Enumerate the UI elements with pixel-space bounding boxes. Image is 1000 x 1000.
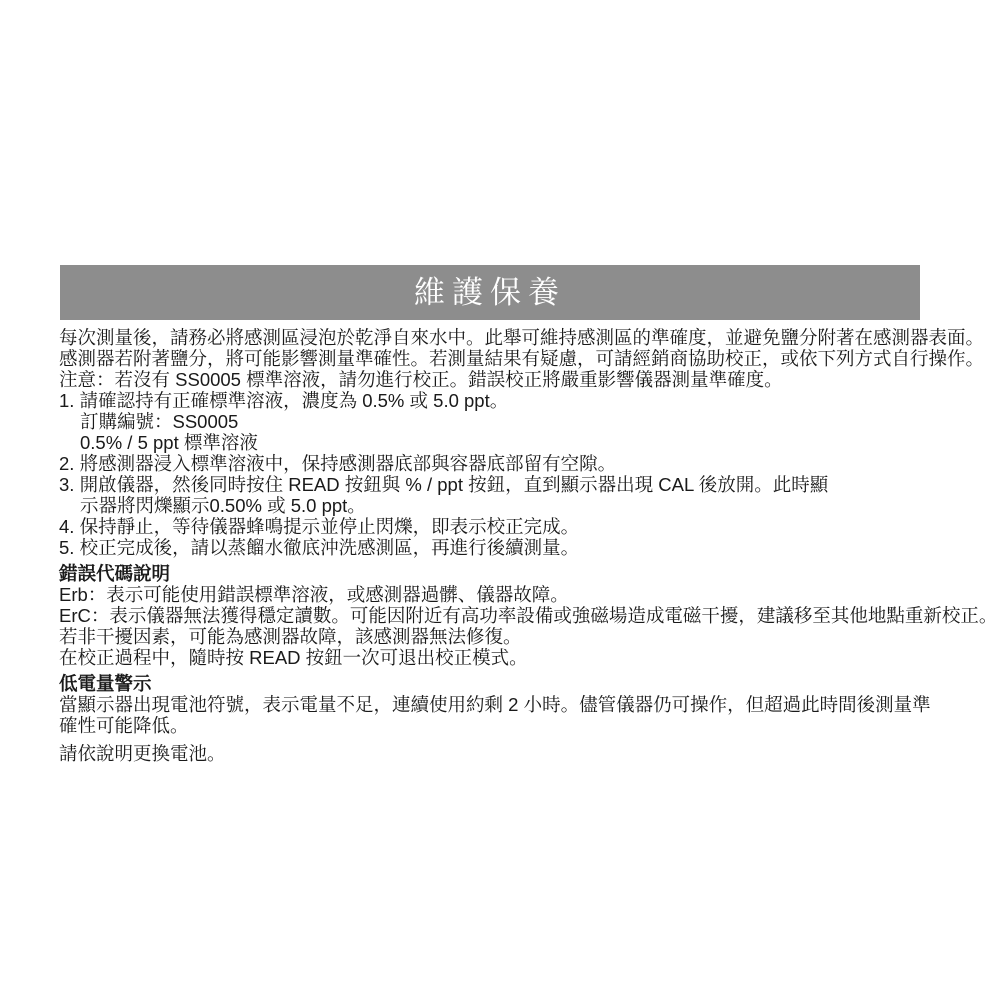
text-line-step-3-cont: 示器將閃爍顯示0.50% 或 5.0 ppt。 — [59, 495, 959, 516]
text-line-error-erc: ErC：表示儀器無法獲得穩定讀數。可能因附近有高功率設備或強磁場造成電磁干擾，建… — [59, 605, 959, 626]
text-line-battery-warning: 當顯示器出現電池符號，表示電量不足，連續使用約剩 2 小時。儘管儀器仍可操作，但… — [59, 694, 959, 715]
section-title: 維護保養 — [60, 265, 920, 320]
text-line-step-5: 5. 校正完成後，請以蒸餾水徹底沖洗感測區，再進行後續測量。 — [59, 537, 959, 558]
text-line-exit-calibration: 在校正過程中，隨時按 READ 按鈕一次可退出校正模式。 — [59, 647, 959, 668]
text-line-order-number: 訂購編號：SS0005 — [59, 411, 959, 432]
instructions-content: 每次測量後，請務必將感測區浸泡於乾淨自來水中。此舉可維持感測區的準確度，並避免鹽… — [59, 327, 959, 764]
section-header-bar: 維護保養 — [60, 265, 920, 320]
text-line-salt-warning: 感測器若附著鹽分，將可能影響測量準確性。若測量結果有疑慮，可請經銷商協助校正，或… — [59, 348, 959, 369]
text-line-battery-warning-cont: 確性可能降低。 — [59, 715, 959, 736]
text-line-solution-spec: 0.5% / 5 ppt 標準溶液 — [59, 432, 959, 453]
text-line-step-4: 4. 保持靜止，等待儀器蜂鳴提示並停止閃爍，即表示校正完成。 — [59, 516, 959, 537]
text-line-replace-battery: 請依說明更換電池。 — [59, 743, 959, 764]
error-code-heading: 錯誤代碼說明 — [59, 563, 959, 584]
text-line-error-erc-cont: 若非干擾因素，可能為感測器故障，該感測器無法修復。 — [59, 626, 959, 647]
text-line-step-2: 2. 將感測器浸入標準溶液中，保持感測器底部與容器底部留有空隙。 — [59, 453, 959, 474]
text-line-error-erb: Erb：表示可能使用錯誤標準溶液，或感測器過髒、儀器故障。 — [59, 584, 959, 605]
text-line-rinse-instruction: 每次測量後，請務必將感測區浸泡於乾淨自來水中。此舉可維持感測區的準確度，並避免鹽… — [59, 327, 959, 348]
text-line-step-1: 1. 請確認持有正確標準溶液，濃度為 0.5% 或 5.0 ppt。 — [59, 390, 959, 411]
text-line-step-3: 3. 開啟儀器，然後同時按住 READ 按鈕與 % / ppt 按鈕，直到顯示器… — [59, 474, 959, 495]
manual-page: 維護保養 每次測量後，請務必將感測區浸泡於乾淨自來水中。此舉可維持感測區的準確度… — [0, 0, 1000, 1000]
low-battery-heading: 低電量警示 — [59, 673, 959, 694]
text-line-calibration-notice: 注意：若沒有 SS0005 標準溶液，請勿進行校正。錯誤校正將嚴重影響儀器測量準… — [59, 369, 959, 390]
